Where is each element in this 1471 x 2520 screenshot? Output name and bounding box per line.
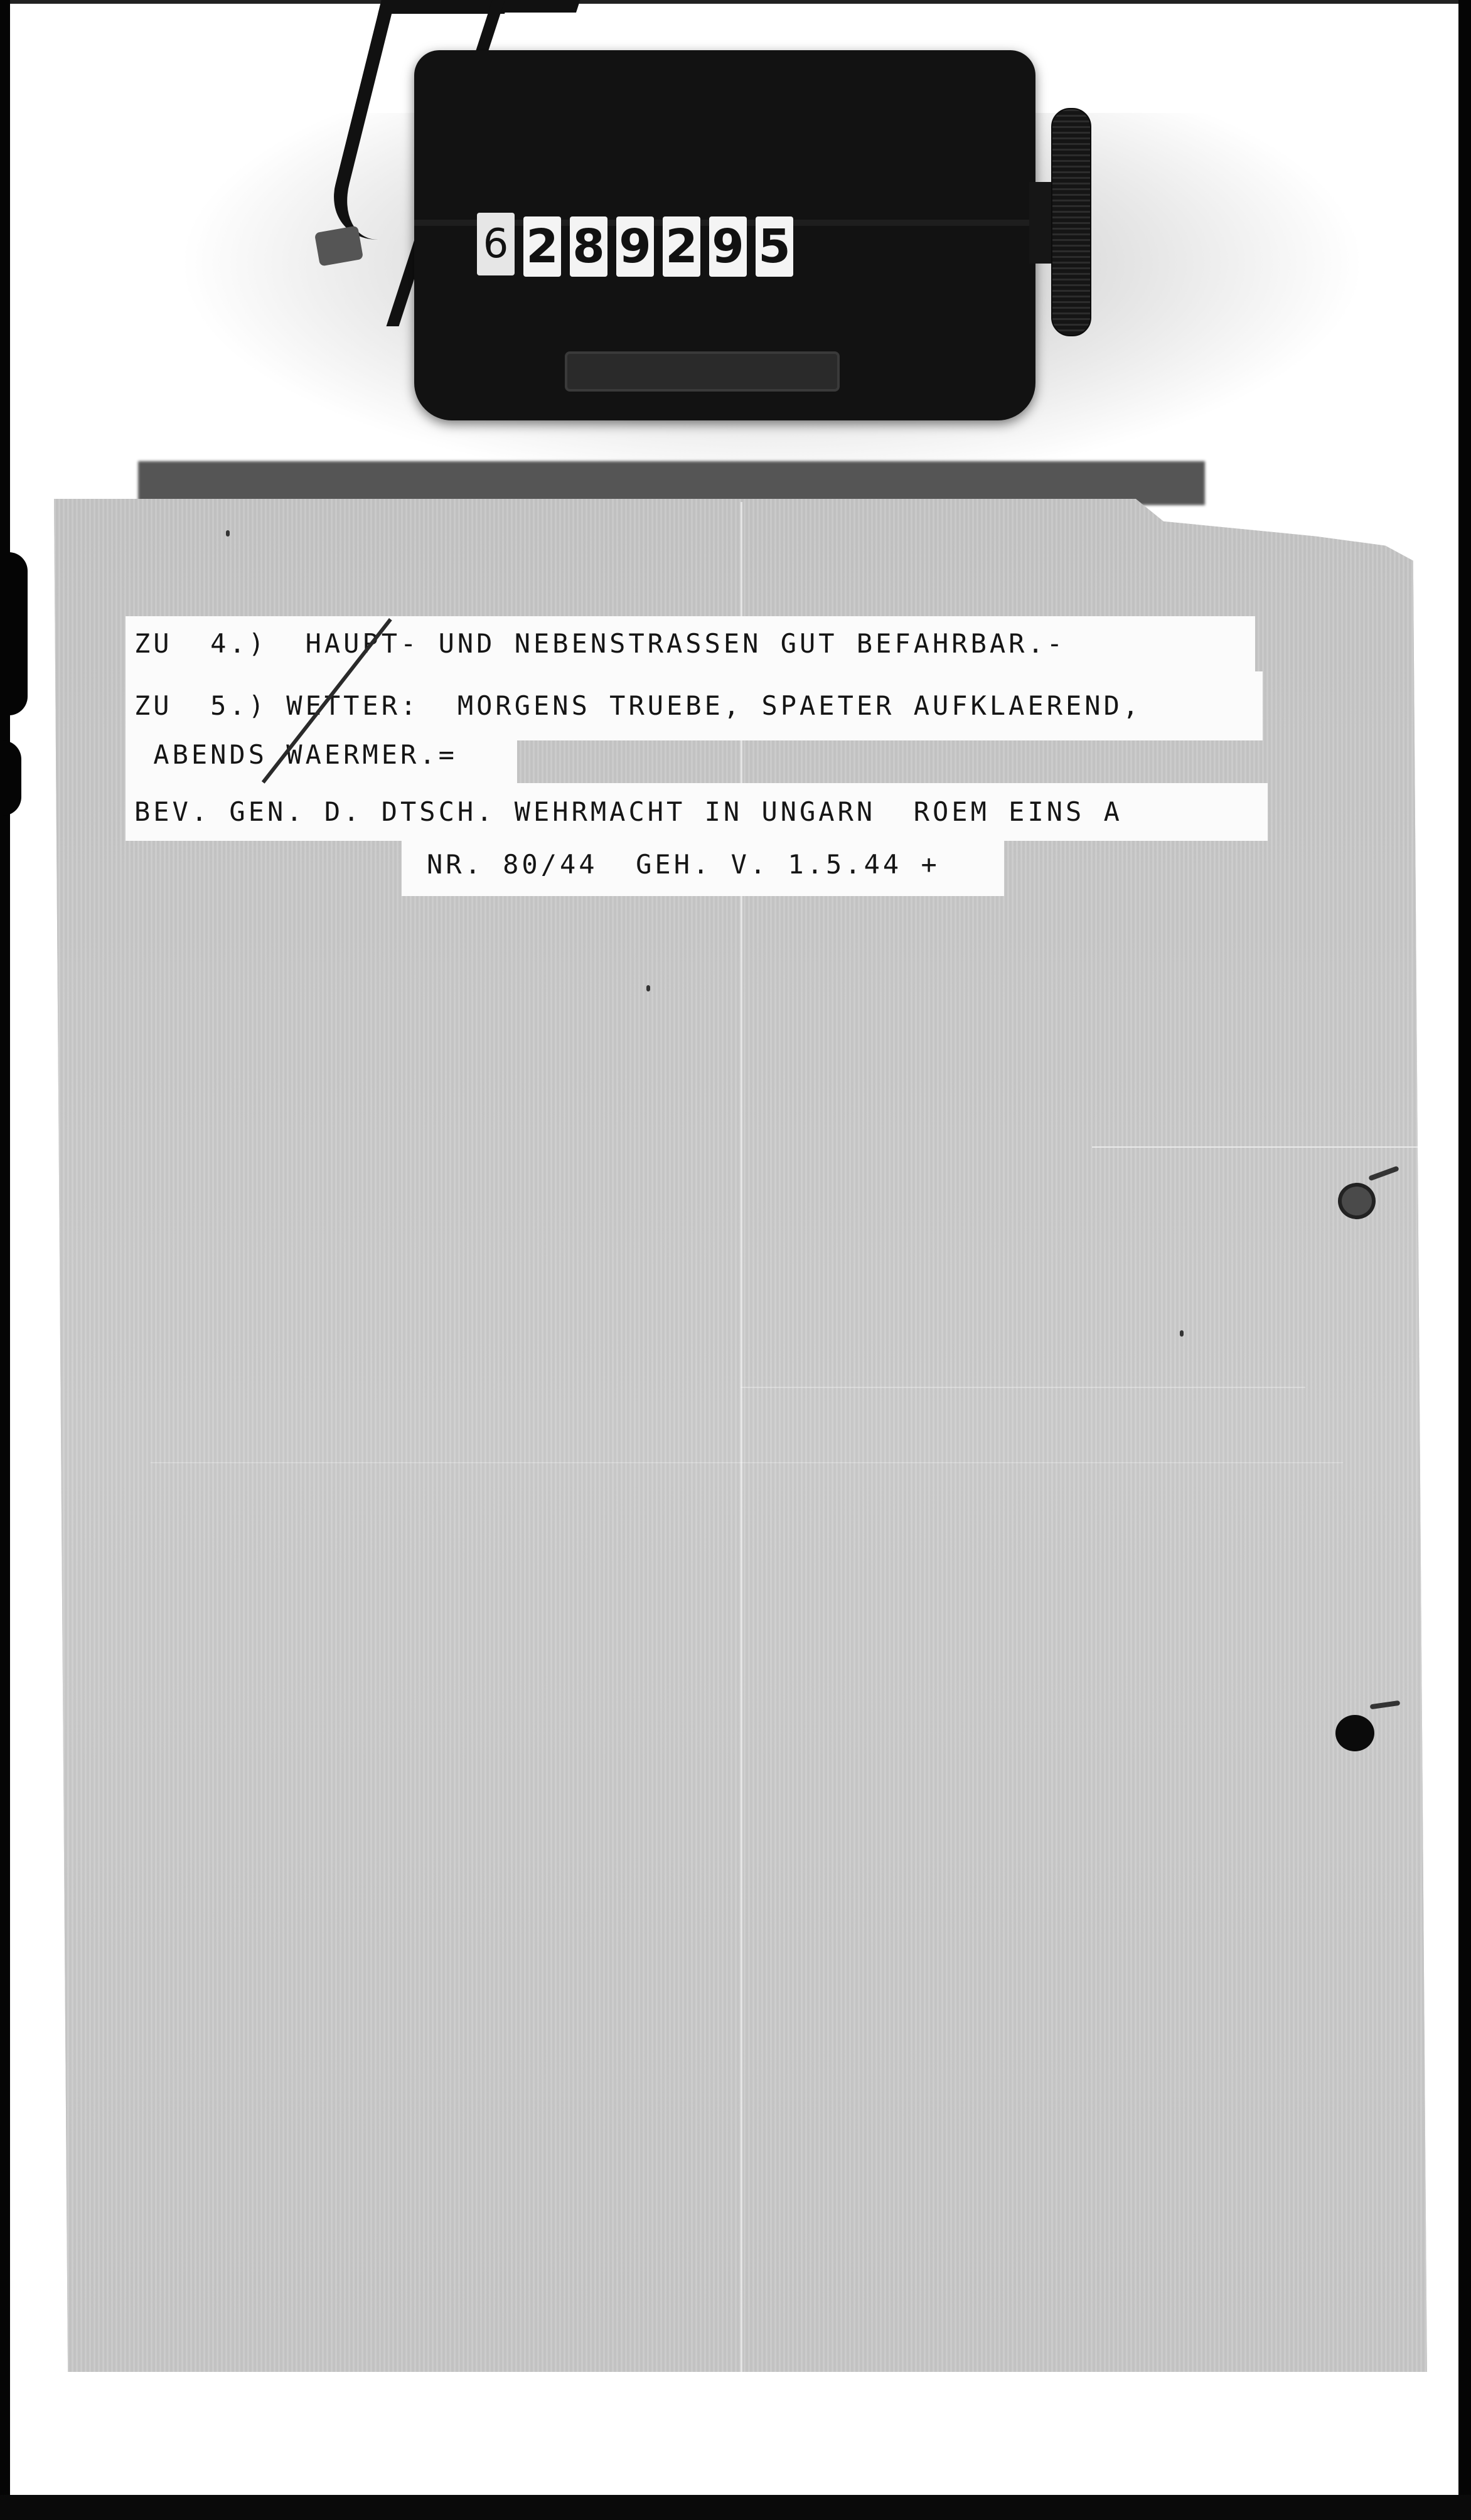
counter-digit: 9 bbox=[709, 216, 747, 277]
frame-counter-device: 6 2 8 9 2 9 5 bbox=[414, 50, 1035, 420]
punch-hole-icon bbox=[1338, 1183, 1376, 1219]
telegram-line: ZU 4.) HAUPT- UND NEBENSTRASSEN GUT BEFA… bbox=[126, 616, 1255, 671]
counter-digit: 8 bbox=[570, 216, 607, 277]
film-bottom-edge bbox=[0, 2495, 1471, 2520]
film-right-edge bbox=[1458, 0, 1471, 2520]
counter-digits: 6 2 8 9 2 9 5 bbox=[477, 216, 793, 277]
counter-slot bbox=[565, 351, 840, 392]
paper-crease bbox=[151, 1462, 1343, 1463]
punch-hole-icon bbox=[1335, 1715, 1374, 1751]
dust-speck bbox=[1180, 1330, 1184, 1337]
film-left-edge bbox=[0, 0, 10, 2520]
counter-digit: 2 bbox=[663, 216, 700, 277]
counter-digit: 9 bbox=[616, 216, 654, 277]
counter-digit: 6 bbox=[477, 213, 515, 275]
film-notch bbox=[0, 740, 21, 816]
film-margin-bottom bbox=[10, 2372, 1458, 2495]
telegram-line: BEV. GEN. D. DTSCH. WEHRMACHT IN UNGARN … bbox=[126, 783, 1268, 841]
paper-top-shadow bbox=[138, 461, 1205, 505]
paper-crease bbox=[1092, 1146, 1431, 1148]
dust-speck bbox=[646, 985, 650, 991]
telegram-line: NR. 80/44 GEH. V. 1.5.44 + bbox=[402, 833, 1004, 896]
paper-fold-line bbox=[741, 502, 742, 2372]
counter-digit: 2 bbox=[523, 216, 561, 277]
paper-crease bbox=[741, 1387, 1305, 1388]
film-notch bbox=[0, 552, 28, 715]
counter-knob-icon bbox=[1051, 108, 1091, 336]
film-top-edge bbox=[0, 0, 1471, 4]
counter-digit: 5 bbox=[756, 216, 793, 277]
dust-speck bbox=[226, 530, 230, 537]
telegram-line: ABENDS WAERMER.= bbox=[126, 727, 517, 783]
